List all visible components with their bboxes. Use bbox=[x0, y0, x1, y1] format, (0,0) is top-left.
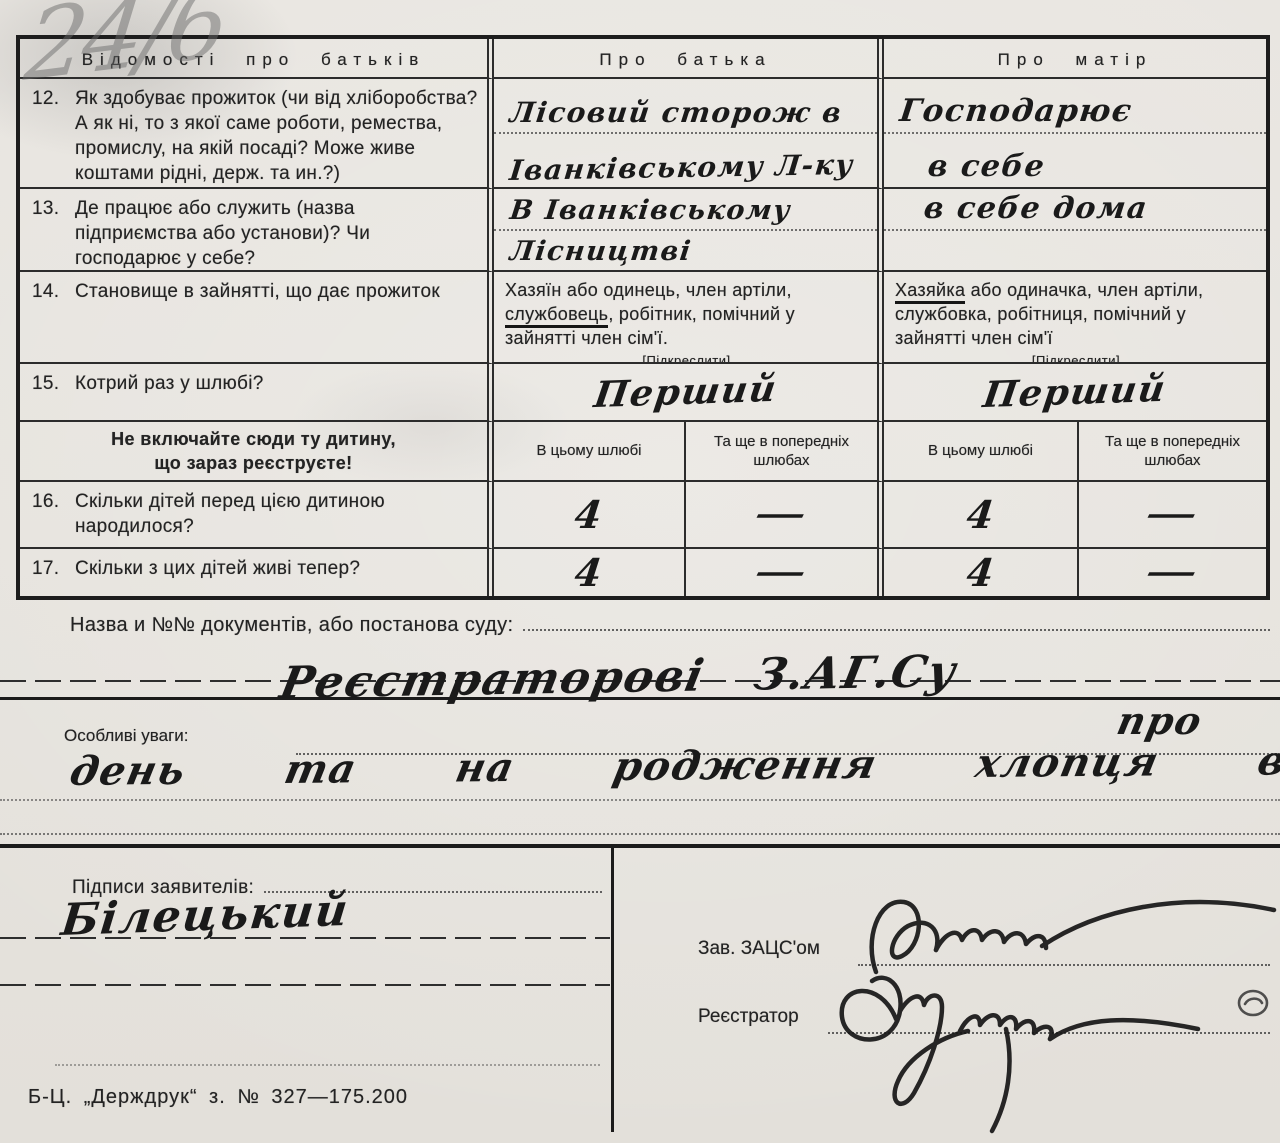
q14-number: 14. bbox=[32, 279, 69, 358]
q17-mother-this-marriage: 4 bbox=[884, 549, 1079, 596]
children-note-line1: Не включайте сюди ту дитину, bbox=[111, 427, 396, 451]
q17-question: 17. Скільки з цих дітей живі тепер? bbox=[20, 549, 494, 596]
q17-value-1: 4 bbox=[572, 550, 605, 595]
q16-father-this-marriage: 4 bbox=[494, 482, 686, 549]
header-father-column: Про батька bbox=[494, 39, 884, 79]
q16-text: Скільки дітей перед цією дитиною народил… bbox=[75, 489, 479, 543]
q14-mother-options: Хазяйка або одиначка, член артіли, служб… bbox=[884, 272, 1266, 364]
q17-father-this-marriage: 4 bbox=[494, 549, 686, 596]
verification-mark bbox=[1234, 984, 1274, 1024]
q12-mother-answer: Господарює в себе bbox=[884, 79, 1266, 189]
vertical-divider bbox=[611, 848, 614, 1132]
q16-value-2: — bbox=[752, 497, 812, 532]
q14-mother-option-underlined: Хазяйка bbox=[895, 280, 965, 304]
header-mother-column: Про матір bbox=[884, 39, 1266, 79]
scanned-registry-form: 24/6 Відомості про батьків Про батька Пр… bbox=[0, 0, 1280, 1143]
parents-info-table: Відомості про батьків Про батька Про мат… bbox=[16, 35, 1270, 600]
ruled-line bbox=[0, 937, 610, 939]
q17-value-4: — bbox=[1143, 555, 1203, 590]
q14-father-options: Хазяїн або одинець, член артіли, службов… bbox=[494, 272, 884, 364]
q15-question: 15. Котрий раз у шлюбі? bbox=[20, 364, 494, 422]
ruled-line bbox=[0, 984, 610, 986]
dotted-line bbox=[0, 797, 1280, 801]
dotted-line bbox=[523, 612, 1270, 631]
q14-father-option-underlined: службовець bbox=[505, 304, 608, 328]
q15-text: Котрий раз у шлюбі? bbox=[75, 371, 264, 416]
q12-father-answer: Лісовий сторож в Іванківському Л-ку bbox=[494, 79, 884, 189]
q15-mother-value: Перший bbox=[981, 368, 1169, 416]
q13-father-answer: В Іванківському Лісництві bbox=[494, 189, 884, 272]
children-note: Не включайте сюди ту дитину, що зараз ре… bbox=[20, 422, 494, 482]
q15-father-answer: Перший bbox=[494, 364, 884, 422]
q13-mother-line1: в себе дома bbox=[898, 191, 1150, 226]
q14-father-underline-note: [Підкреслити] bbox=[505, 352, 868, 364]
registrar-label: Реєстратор bbox=[698, 1006, 799, 1028]
q14-father-option-pre: Хазяїн або одинець, член артіли, bbox=[505, 280, 792, 300]
children-note-line2: що зараз реєструєте! bbox=[154, 451, 352, 475]
q12-father-line2: Іванківському Л-ку bbox=[508, 148, 856, 187]
registrar-signature bbox=[810, 945, 1210, 1135]
ruled-line bbox=[0, 844, 1280, 848]
q14-text: Становище в зайнятті, що дає прожиток bbox=[75, 279, 440, 358]
q16-value-1: 4 bbox=[572, 492, 605, 537]
q15-father-value: Перший bbox=[591, 368, 779, 416]
q17-value-3: 4 bbox=[964, 550, 997, 595]
remarks-label: Особливі уваги: bbox=[64, 726, 189, 746]
mother-previous-marriages-header: Та ще в попередніх шлюбах bbox=[1079, 422, 1266, 482]
remarks-handwriting-line2: день та на родження хлопця відомо bbox=[66, 736, 1280, 795]
q14-mother-underline-note: [Підкреслити] bbox=[895, 352, 1257, 364]
father-previous-marriages-header: Та ще в попередніх шлюбах bbox=[686, 422, 884, 482]
q13-father-line1: В Іванківському bbox=[508, 195, 793, 226]
q17-father-previous: — bbox=[686, 549, 884, 596]
q16-mother-this-marriage: 4 bbox=[884, 482, 1079, 549]
q14-question: 14. Становище в зайнятті, що дає прожито… bbox=[20, 272, 494, 364]
q17-value-2: — bbox=[752, 555, 812, 590]
q13-number: 13. bbox=[32, 196, 69, 266]
q13-question: 13. Де працює або служить (назва підприє… bbox=[20, 189, 494, 272]
remarks-handwriting-line1-end: про bbox=[1113, 698, 1207, 743]
q16-question: 16. Скільки дітей перед цією дитиною нар… bbox=[20, 482, 494, 549]
q15-number: 15. bbox=[32, 371, 69, 416]
q17-text: Скільки з цих дітей живі тепер? bbox=[75, 556, 360, 592]
q12-question: 12. Як здобуває прожиток (чи від хліборо… bbox=[20, 79, 494, 189]
q16-number: 16. bbox=[32, 489, 69, 543]
q13-text: Де працює або служить (назва підприємств… bbox=[75, 196, 479, 266]
documents-label: Назва и №№ документів, або постанова суд… bbox=[70, 614, 513, 637]
father-this-marriage-header: В цьому шлюбі bbox=[494, 422, 686, 482]
q12-text: Як здобуває прожиток (чи від хліборобств… bbox=[75, 86, 479, 183]
q12-father-line1: Лісовий сторож в bbox=[508, 96, 844, 129]
q16-mother-previous: — bbox=[1079, 482, 1266, 549]
q16-father-previous: — bbox=[686, 482, 884, 549]
q16-value-4: — bbox=[1143, 497, 1203, 532]
q17-number: 17. bbox=[32, 556, 69, 592]
zags-head-label: Зав. ЗАЦС'ом bbox=[698, 938, 820, 960]
q17-mother-previous: — bbox=[1079, 549, 1266, 596]
q12-mother-line2: в себе bbox=[898, 149, 1048, 184]
q15-mother-answer: Перший bbox=[884, 364, 1266, 422]
mother-this-marriage-header: В цьому шлюбі bbox=[884, 422, 1079, 482]
dotted-line bbox=[55, 1062, 600, 1066]
q13-mother-answer: в себе дома bbox=[884, 189, 1266, 272]
documents-line: Назва и №№ документів, або постанова суд… bbox=[70, 612, 1270, 637]
dotted-line bbox=[0, 831, 1280, 835]
q16-value-3: 4 bbox=[964, 492, 997, 537]
q13-father-line2: Лісництві bbox=[508, 236, 693, 267]
print-shop-imprint: Б-Ц. „Держдрук“ з. № 327—175.200 bbox=[28, 1086, 408, 1109]
q12-mother-line1: Господарює bbox=[898, 93, 1135, 129]
